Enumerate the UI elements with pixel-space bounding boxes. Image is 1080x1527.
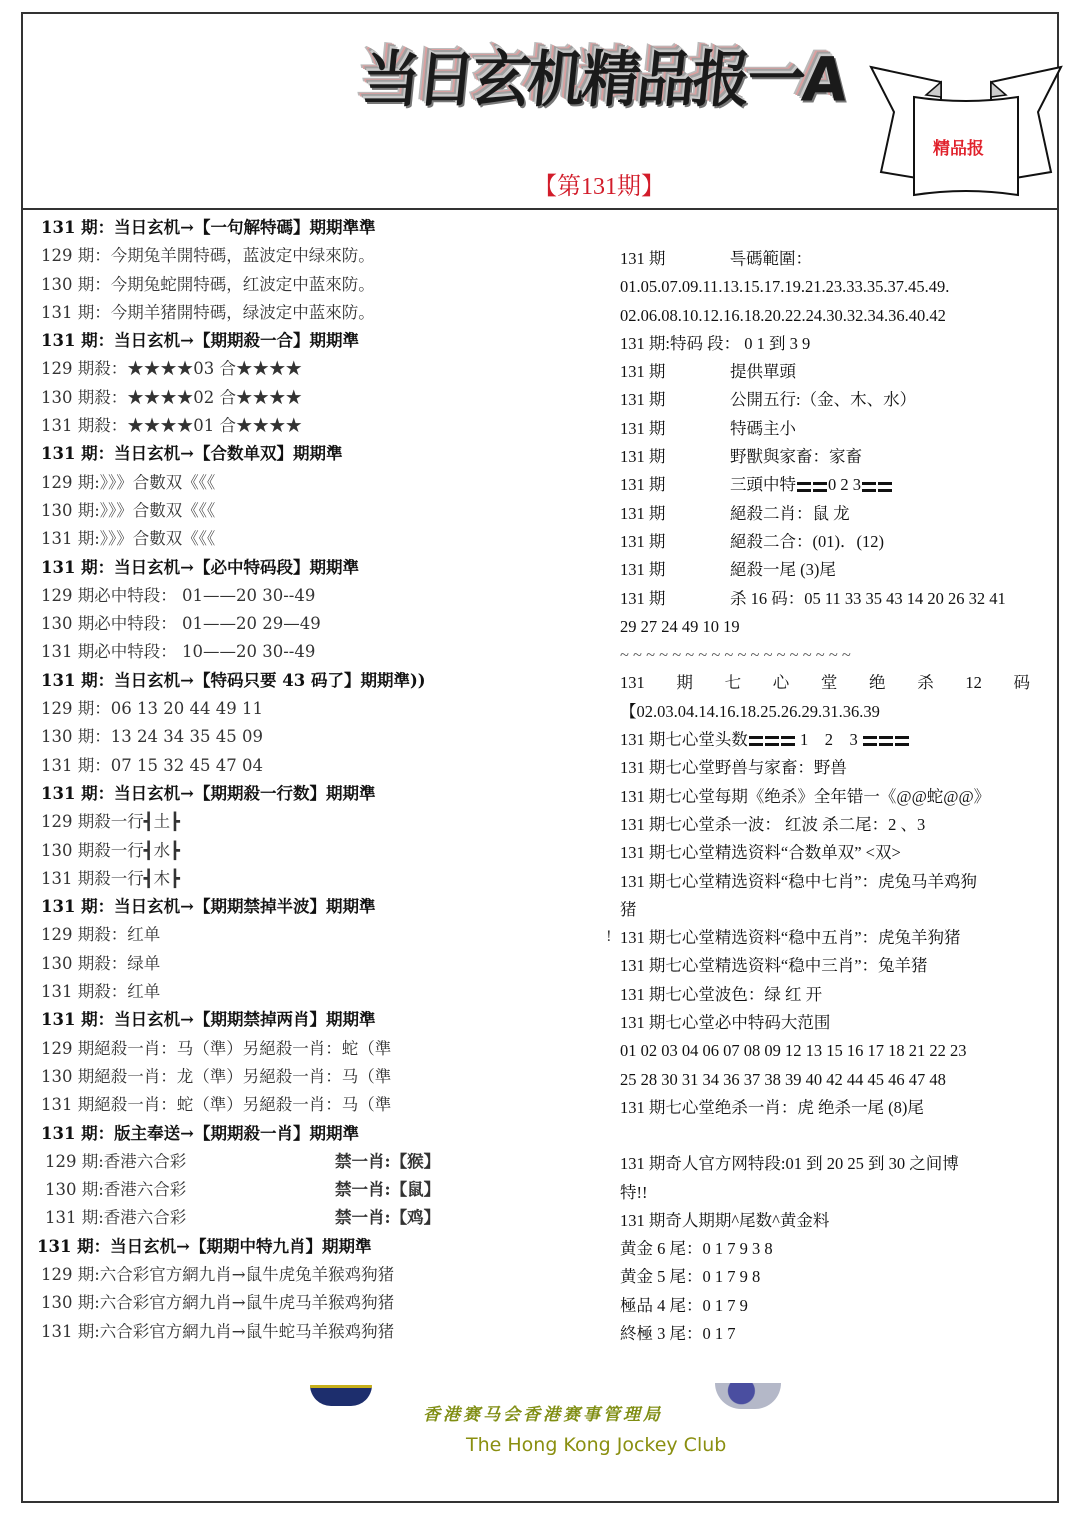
range-header: 131 期특碼範圍： — [620, 245, 1040, 273]
ban-label: 129 期:香港六合彩 — [45, 1148, 335, 1176]
info-value: 特碼主小 — [730, 419, 796, 438]
info-value: 絕殺二肖：鼠 龙 — [730, 504, 850, 523]
info-line: 131 期七心堂精选资料“稳中七肖”：虎兔马羊鸡狗 — [620, 868, 1040, 896]
info-line: 131 期七心堂精选资料“稳中五肖”：虎兔羊狗猪 — [620, 924, 1040, 952]
kill-continuation: 29 27 24 49 10 19 — [620, 613, 1040, 641]
list-item: 131 期:六合彩官方網九肖→鼠牛蛇马羊猴鸡狗猪 — [41, 1318, 601, 1346]
three-head-line: 131 期三頭中特0 2 3 — [620, 471, 1040, 499]
footer: 香港赛马会香港赛事管理局 The Hong Kong Jockey Club — [23, 1380, 1057, 1480]
info-value: 絕殺二合：(01)．(12) — [730, 532, 884, 551]
info-value: 野獸與家畜：家畜 — [730, 447, 862, 466]
range-line-2: 02.06.08.10.12.16.18.20.22.24.30.32.34.3… — [620, 302, 1040, 330]
header: 当日玄机精品报一A 精品报 【第131期】 — [23, 14, 1057, 210]
bar-icon — [879, 736, 893, 746]
info-label: 131 期 — [620, 358, 730, 386]
bar-icon — [749, 736, 763, 746]
info-line: 131 期七心堂波色：绿 红 开 — [620, 981, 1040, 1009]
list-item: 129 期殺：★★★★03 合★★★★ — [41, 355, 601, 383]
info-value: 絕殺一尾 (3)尾 — [730, 560, 836, 579]
title-part: 12 — [965, 669, 982, 697]
section-heading: 131 期：当日玄机→【期期中特九肖】期期準 — [37, 1233, 601, 1261]
qxt-kill12-numbers: 【02.03.04.14.16.18.25.26.29.31.36.39 — [620, 698, 1040, 726]
title-part: 码 — [1014, 669, 1031, 697]
right-column: 131 期특碼範圍： 01.05.07.09.11.13.15.17.19.21… — [620, 245, 1040, 1348]
info-value: 公開五行:（金、木、水） — [730, 390, 916, 409]
info-row: 131 期絕殺一尾 (3)尾 — [620, 556, 1040, 584]
list-item: 130 期：今期兔蛇開特碼，红波定中蓝來防。 — [41, 271, 601, 299]
list-item: 131 期：今期羊猪開特碼，绿波定中蓝來防。 — [41, 299, 601, 327]
banner-label: 精品报 — [933, 134, 984, 159]
section-heading: 131 期：当日玄机→【特码只要 43 码了】期期準)) — [41, 667, 601, 695]
ban-label: 130 期:香港六合彩 — [45, 1176, 335, 1204]
title-part: 七 — [725, 669, 742, 697]
info-row: 131 期提供單頭 — [620, 358, 1040, 386]
list-item: 129 期:六合彩官方網九肖→鼠牛虎兔羊猴鸡狗猪 — [41, 1261, 601, 1289]
ban-label: 131 期:香港六合彩 — [45, 1204, 335, 1232]
bar-icon — [878, 482, 892, 492]
list-item: 129 期:》》》合數双《《《 — [41, 469, 601, 497]
section-heading: 131 期：当日玄机→【期期殺一行数】期期準 — [41, 780, 601, 808]
list-item: 130 期:》》》合數双《《《 — [41, 497, 601, 525]
list-item: 131 期殺一行┫木┣ — [41, 865, 601, 893]
qiren-line: 終極 3 尾：0 1 7 — [620, 1320, 1040, 1348]
range-line-1: 01.05.07.09.11.13.15.17.19.21.23.33.35.3… — [620, 273, 1040, 301]
list-item: 130 期必中特段： 01——20 29—49 — [41, 610, 601, 638]
list-item: 131 期:》》》合數双《《《 — [41, 525, 601, 553]
title-part: 堂 — [821, 669, 838, 697]
ban-row: 131 期:香港六合彩禁一肖:【鸡】 — [41, 1204, 601, 1232]
divider: ~ ~ ~ ~ ~ ~ ~ ~ ~ ~ ~ ~ ~ ~ ~ ~ ~ ~ — [620, 641, 1040, 669]
section-heading: 131 期：当日玄机→【合数单双】期期準 — [41, 440, 601, 468]
qiren-line: 131 期奇人官方网特段:01 到 20 25 到 30 之间博 — [620, 1150, 1040, 1178]
qiren-line: 黄金 5 尾：0 1 7 9 8 — [620, 1263, 1040, 1291]
qiren-line: 特!! — [620, 1179, 1040, 1207]
jockey-club-crest-icon — [310, 1385, 372, 1406]
stray-mark: ! — [606, 929, 612, 945]
list-item: 130 期絕殺一肖：龙（準）另絕殺一肖：马（準 — [41, 1063, 601, 1091]
section-heading: 131 期：当日玄机→【期期禁掉两肖】期期準 — [41, 1006, 601, 1034]
info-line: 131 期七心堂绝杀一肖：虎 绝杀一尾 (8)尾 — [620, 1094, 1040, 1122]
list-item: 129 期殺一行┫土┣ — [41, 808, 601, 836]
list-item: 129 期絕殺一肖：马（準）另絕殺一肖：蛇（準 — [41, 1035, 601, 1063]
info-line: 猪 — [620, 896, 1040, 924]
info-label: 131 期 — [620, 386, 730, 414]
section-heading: 131 期：当日玄机→【必中特码段】期期準 — [41, 554, 601, 582]
bar-icon — [781, 736, 795, 746]
info-value: 杀 16 码：05 11 33 35 43 14 20 26 32 41 — [730, 589, 1006, 608]
qiren-line: 黄金 6 尾：0 1 7 9 3 8 — [620, 1235, 1040, 1263]
list-item: 129 期殺：红单 — [41, 921, 601, 949]
list-item: 130 期殺：★★★★02 合★★★★ — [41, 384, 601, 412]
ban-value: 禁一肖:【鸡】 — [335, 1208, 440, 1227]
title-part: 绝 — [869, 669, 886, 697]
left-column: 131 期：当日玄机→【一句解特碼】期期準準129 期：今期兔羊開特碼，蓝波定中… — [41, 214, 601, 1346]
list-item: 130 期殺：绿单 — [41, 950, 601, 978]
hkjc-chinese-name: 香港赛马会香港赛事管理局 — [423, 1400, 663, 1425]
section-heading: 131 期：当日玄机→【一句解特碼】期期準準 — [41, 214, 601, 242]
bar-icon — [765, 736, 779, 746]
qiren-line: 131 期奇人期期^尾数^黄金料 — [620, 1207, 1040, 1235]
ban-row: 130 期:香港六合彩禁一肖:【鼠】 — [41, 1176, 601, 1204]
list-item: 129 期：今期兔羊開特碼，蓝波定中绿來防。 — [41, 242, 601, 270]
ban-value: 禁一肖:【猴】 — [335, 1152, 440, 1171]
info-label: 131 期 — [620, 443, 730, 471]
list-item: 129 期：06 13 20 44 49 11 — [41, 695, 601, 723]
ban-value: 禁一肖:【鼠】 — [335, 1180, 440, 1199]
globe-logo-icon — [715, 1383, 781, 1409]
info-row: 131 期杀 16 码：05 11 33 35 43 14 20 26 32 4… — [620, 585, 1040, 613]
list-item: 130 期殺一行┫水┣ — [41, 837, 601, 865]
info-line: 25 28 30 31 34 36 37 38 39 40 42 44 45 4… — [620, 1066, 1040, 1094]
issue-number: 【第131期】 — [533, 166, 665, 201]
info-row: 131 期公開五行:（金、木、水） — [620, 386, 1040, 414]
info-label: 131 期 — [620, 556, 730, 584]
info-row: 131 期野獸與家畜：家畜 — [620, 443, 1040, 471]
title-part: 杀 — [917, 669, 934, 697]
info-line: 131 期七心堂必中特码大范围 — [620, 1009, 1040, 1037]
info-row: 131 期特碼主小 — [620, 415, 1040, 443]
list-item: 131 期殺：红单 — [41, 978, 601, 1006]
info-row: 131 期絕殺二合：(01)．(12) — [620, 528, 1040, 556]
qxt-kill12-title: 131期七心堂绝杀12码 — [620, 669, 1030, 697]
info-line: 131 期七心堂野兽与家畜：野兽 — [620, 754, 1040, 782]
info-label: 131 期 — [620, 500, 730, 528]
section-heading: 131 期：当日玄机→【期期殺一合】期期準 — [41, 327, 601, 355]
segment-line: 131 期:特码 段： 0 1 到 3 9 — [620, 330, 1040, 358]
bar-icon — [895, 736, 909, 746]
bar-icon — [862, 482, 876, 492]
qxt-head-line: 131 期七心堂头数 1 2 3 — [620, 726, 1040, 754]
info-line: 01 02 03 04 06 07 08 09 12 13 15 16 17 1… — [620, 1037, 1040, 1065]
info-label: 131 期 — [620, 528, 730, 556]
list-item: 131 期絕殺一肖：蛇（準）另絕殺一肖：马（準 — [41, 1091, 601, 1119]
info-value: 提供單頭 — [730, 362, 796, 381]
list-item: 129 期必中特段： 01——20 30--49 — [41, 582, 601, 610]
info-label: 131 期 — [620, 585, 730, 613]
info-row: 131 期絕殺二肖：鼠 龙 — [620, 500, 1040, 528]
hkjc-english-name: The Hong Kong Jockey Club — [466, 1434, 726, 1456]
info-label: 131 期 — [620, 415, 730, 443]
bar-icon — [863, 736, 877, 746]
section-heading: 131 期：当日玄机→【期期禁掉半波】期期準 — [41, 893, 601, 921]
section-heading: 131 期：版主奉送→【期期殺一肖】期期準 — [41, 1120, 601, 1148]
info-line: 131 期七心堂精选资料“合数单双” <双> — [620, 839, 1040, 867]
info-line: 131 期七心堂每期《绝杀》全年错一《@@蛇@@》 — [620, 783, 1040, 811]
info-line: 131 期七心堂杀一波： 红波 杀二尾：2 、3 — [620, 811, 1040, 839]
list-item: 131 期：07 15 32 45 47 04 — [41, 752, 601, 780]
ban-row: 129 期:香港六合彩禁一肖:【猴】 — [41, 1148, 601, 1176]
list-item: 130 期:六合彩官方網九肖→鼠牛虎马羊猴鸡狗猪 — [41, 1289, 601, 1317]
bar-icon — [797, 482, 811, 492]
bar-icon — [813, 482, 827, 492]
list-item: 131 期必中特段： 10——20 30--49 — [41, 638, 601, 666]
banner-icon — [866, 57, 1066, 202]
title-part: 期 — [676, 669, 693, 697]
list-item: 131 期殺：★★★★01 合★★★★ — [41, 412, 601, 440]
list-item: 130 期：13 24 34 35 45 09 — [41, 723, 601, 751]
title-part: 131 — [620, 669, 645, 697]
qiren-line: 極品 4 尾：0 1 7 9 — [620, 1292, 1040, 1320]
title-part: 心 — [773, 669, 790, 697]
page-title: 当日玄机精品报一A — [359, 30, 850, 118]
info-line: 131 期七心堂精选资料“稳中三肖”：兔羊猪 — [620, 952, 1040, 980]
page-frame: 当日玄机精品报一A 精品报 【第131期】 131 期：当日玄机→【一句解特碼】… — [21, 12, 1059, 1503]
